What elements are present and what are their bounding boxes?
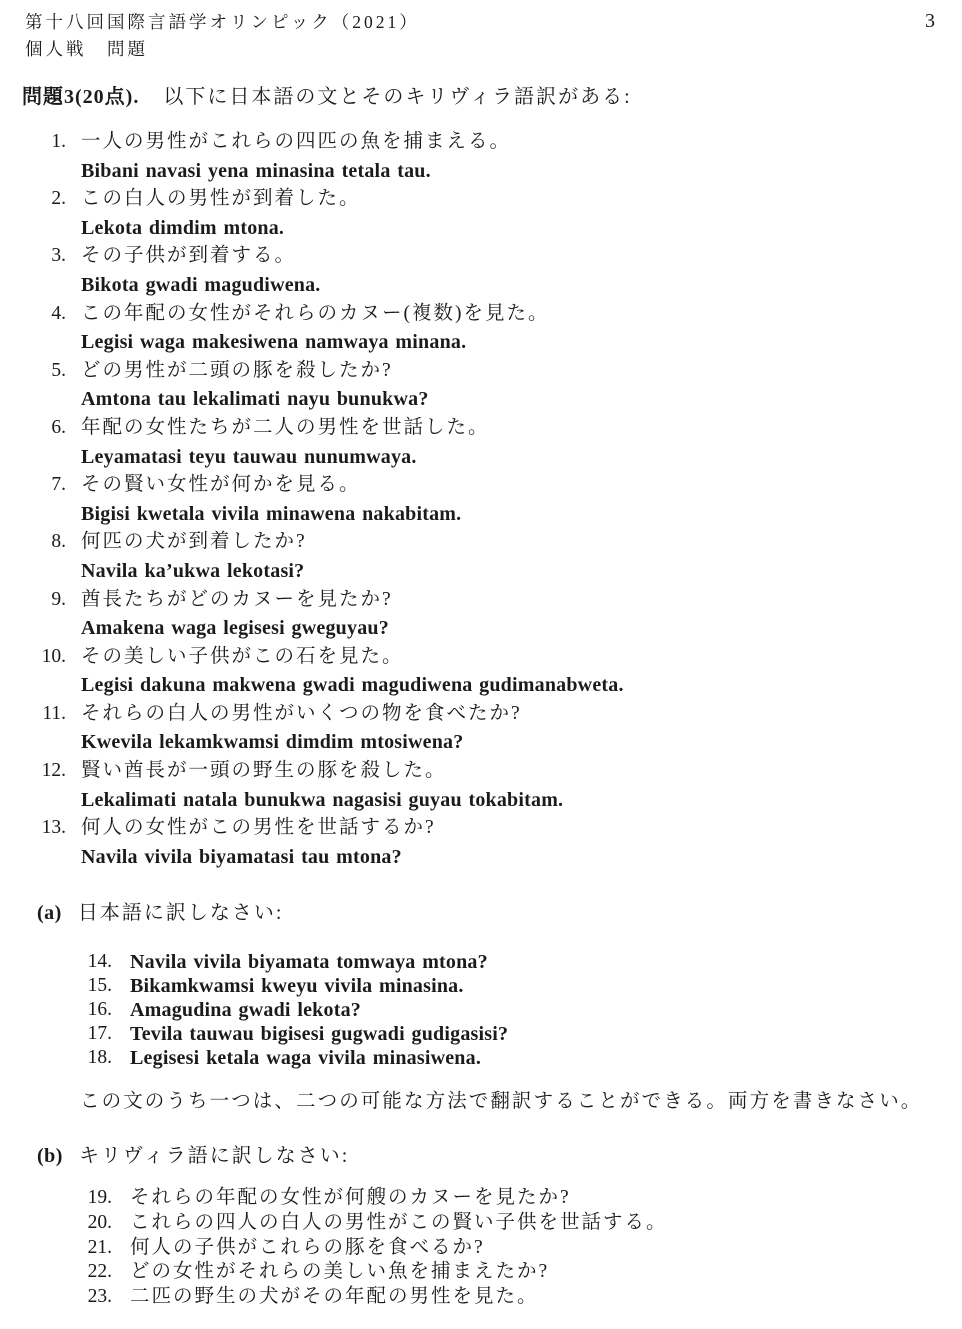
japanese-line: 9.酋長たちがどのカヌーを見たか? (0, 586, 624, 615)
kilivila-line: Amtona tau lekalimati nayu bunukwa? (0, 385, 624, 414)
kilivila-sentence: Tevila tauwau bigisesi gugwadi gudigasis… (130, 1022, 508, 1046)
item-number: 8. (0, 528, 66, 557)
translation-pair: 10.その美しい子供がこの石を見た。Legisi dakuna makwena … (0, 643, 624, 700)
problem-intro-text: 以下に日本語の文とそのキリヴィラ語訳がある: (163, 86, 631, 108)
translation-pairs-list: 1.一人の男性がこれらの四匹の魚を捕まえる。Bibani navasi yena… (0, 128, 624, 871)
item-number: 18. (0, 1046, 112, 1070)
kilivila-sentence: Amtona tau lekalimati nayu bunukwa? (81, 385, 429, 414)
item-number: 23. (0, 1285, 112, 1310)
section-a-item: 18.Legisesi ketala waga vivila minasiwen… (0, 1046, 508, 1070)
section-a-item: 14.Navila vivila biyamata tomwaya mtona? (0, 950, 508, 974)
section-a-item: 15.Bikamkwamsi kweyu vivila minasina. (0, 974, 508, 998)
japanese-sentence: その子供が到着する。 (81, 242, 296, 271)
item-number: 17. (0, 1022, 112, 1046)
problem-number-points: 問題3(20点). (22, 86, 139, 108)
section-b-item: 21.何人の子供がこれらの豚を食べるか? (0, 1236, 668, 1261)
item-number: 1. (0, 128, 66, 157)
page-number: 3 (925, 9, 935, 33)
japanese-sentence: この年配の女性がそれらのカヌー(複数)を見た。 (81, 300, 550, 329)
kilivila-sentence: Kwevila lekamkwamsi dimdim mtosiwena? (81, 728, 463, 757)
section-a-items-list: 14.Navila vivila biyamata tomwaya mtona?… (0, 950, 508, 1070)
item-number: 7. (0, 471, 66, 500)
japanese-sentence: その美しい子供がこの石を見た。 (81, 643, 404, 672)
japanese-line: 13.何人の女性がこの男性を世話するか? (0, 814, 624, 843)
japanese-line: 7.その賢い女性が何かを見る。 (0, 471, 624, 500)
japanese-line: 8.何匹の犬が到着したか? (0, 528, 624, 557)
item-number: 16. (0, 998, 112, 1022)
item-number: 22. (0, 1260, 112, 1285)
japanese-sentence: その賢い女性が何かを見る。 (81, 471, 361, 500)
page-header: 第十八回国際言語学オリンピック（2021） 個人戦 問題 3 (25, 9, 935, 63)
translation-pair: 11.それらの白人の男性がいくつの物を食べたか?Kwevila lekamkwa… (0, 700, 624, 757)
japanese-sentence: 年配の女性たちが二人の男性を世話した。 (81, 414, 490, 443)
kilivila-line: Legisi waga makesiwena namwaya minana. (0, 328, 624, 357)
item-number: 19. (0, 1186, 112, 1211)
kilivila-line: Navila ka’ukwa lekotasi? (0, 557, 624, 586)
japanese-sentence: 二匹の野生の犬がその年配の男性を見た。 (130, 1285, 539, 1310)
japanese-line: 2.この白人の男性が到着した。 (0, 185, 624, 214)
item-number: 14. (0, 950, 112, 974)
translation-pair: 8.何匹の犬が到着したか?Navila ka’ukwa lekotasi? (0, 528, 624, 585)
olympiad-title: 第十八回国際言語学オリンピック（2021） (25, 9, 420, 36)
translation-pair: 7.その賢い女性が何かを見る。Bigisi kwetala vivila min… (0, 471, 624, 528)
item-number: 5. (0, 357, 66, 386)
kilivila-line: Bibani navasi yena minasina tetala tau. (0, 157, 624, 186)
kilivila-sentence: Legisi waga makesiwena namwaya minana. (81, 328, 466, 357)
translation-pair: 13.何人の女性がこの男性を世話するか?Navila vivila biyama… (0, 814, 624, 871)
header-title-block: 第十八回国際言語学オリンピック（2021） 個人戦 問題 (25, 9, 420, 63)
translation-pair: 5.どの男性が二頭の豚を殺したか?Amtona tau lekalimati n… (0, 357, 624, 414)
kilivila-sentence: Bikota gwadi magudiwena. (81, 271, 321, 300)
japanese-line: 5.どの男性が二頭の豚を殺したか? (0, 357, 624, 386)
section-a-item: 17.Tevila tauwau bigisesi gugwadi gudiga… (0, 1022, 508, 1046)
item-number: 12. (0, 757, 66, 786)
translation-pair: 2.この白人の男性が到着した。Lekota dimdim mtona. (0, 185, 624, 242)
item-number: 4. (0, 300, 66, 329)
item-number: 9. (0, 586, 66, 615)
translation-pair: 3.その子供が到着する。Bikota gwadi magudiwena. (0, 242, 624, 299)
japanese-line: 12.賢い酋長が一頭の野生の豚を殺した。 (0, 757, 624, 786)
section-a-item: 16.Amagudina gwadi lekota? (0, 998, 508, 1022)
japanese-sentence: 何人の子供がこれらの豚を食べるか? (130, 1236, 485, 1261)
japanese-sentence: 一人の男性がこれらの四匹の魚を捕まえる。 (81, 128, 511, 157)
kilivila-sentence: Amakena waga legisesi gweguyau? (81, 614, 389, 643)
japanese-line: 10.その美しい子供がこの石を見た。 (0, 643, 624, 672)
section-b-item: 20.これらの四人の白人の男性がこの賢い子供を世話する。 (0, 1211, 668, 1236)
section-b-instruction: キリヴィラ語に訳しなさい: (79, 1145, 349, 1167)
kilivila-line: Kwevila lekamkwamsi dimdim mtosiwena? (0, 728, 624, 757)
japanese-sentence: 何人の女性がこの男性を世話するか? (81, 814, 436, 843)
japanese-line: 11.それらの白人の男性がいくつの物を食べたか? (0, 700, 624, 729)
kilivila-sentence: Lekota dimdim mtona. (81, 214, 284, 243)
item-number: 21. (0, 1236, 112, 1261)
japanese-sentence: 酋長たちがどのカヌーを見たか? (81, 586, 393, 615)
item-number: 13. (0, 814, 66, 843)
translation-pair: 4.この年配の女性がそれらのカヌー(複数)を見た。Legisi waga mak… (0, 300, 624, 357)
item-number: 11. (0, 700, 66, 729)
round-subtitle: 個人戦 問題 (25, 36, 420, 63)
japanese-sentence: この白人の男性が到着した。 (81, 185, 361, 214)
kilivila-sentence: Amagudina gwadi lekota? (130, 998, 361, 1022)
japanese-sentence: それらの年配の女性が何艘のカヌーを見たか? (130, 1186, 571, 1211)
kilivila-sentence: Legisi dakuna makwena gwadi magudiwena g… (81, 671, 624, 700)
section-b-item: 19.それらの年配の女性が何艘のカヌーを見たか? (0, 1186, 668, 1211)
section-b-items-list: 19.それらの年配の女性が何艘のカヌーを見たか?20.これらの四人の白人の男性が… (0, 1186, 668, 1310)
kilivila-line: Lekalimati natala bunukwa nagasisi guyau… (0, 786, 624, 815)
kilivila-sentence: Leyamatasi teyu tauwau nunumwaya. (81, 443, 417, 472)
section-a-heading: (a)日本語に訳しなさい: (37, 896, 283, 925)
kilivila-sentence: Navila vivila biyamatasi tau mtona? (81, 843, 402, 872)
item-number: 3. (0, 242, 66, 271)
kilivila-line: Leyamatasi teyu tauwau nunumwaya. (0, 443, 624, 472)
kilivila-sentence: Bikamkwamsi kweyu vivila minasina. (130, 974, 464, 998)
kilivila-line: Bigisi kwetala vivila minawena nakabitam… (0, 500, 624, 529)
section-b-heading: (b)キリヴィラ語に訳しなさい: (37, 1139, 349, 1168)
item-number: 6. (0, 414, 66, 443)
section-b-item: 23.二匹の野生の犬がその年配の男性を見た。 (0, 1285, 668, 1310)
kilivila-sentence: Lekalimati natala bunukwa nagasisi guyau… (81, 786, 563, 815)
item-number: 2. (0, 185, 66, 214)
kilivila-line: Amakena waga legisesi gweguyau? (0, 614, 624, 643)
section-a-marker: (a) (37, 902, 62, 924)
translation-pair: 9.酋長たちがどのカヌーを見たか?Amakena waga legisesi g… (0, 586, 624, 643)
kilivila-line: Legisi dakuna makwena gwadi magudiwena g… (0, 671, 624, 700)
two-translations-note: この文のうち一つは、二つの可能な方法で翻訳することができる。両方を書きなさい。 (80, 1089, 946, 1115)
section-b-item: 22.どの女性がそれらの美しい魚を捕まえたか? (0, 1260, 668, 1285)
translation-pair: 12.賢い酋長が一頭の野生の豚を殺した。Lekalimati natala bu… (0, 757, 624, 814)
japanese-line: 6.年配の女性たちが二人の男性を世話した。 (0, 414, 624, 443)
japanese-line: 3.その子供が到着する。 (0, 242, 624, 271)
kilivila-sentence: Legisesi ketala waga vivila minasiwena. (130, 1046, 481, 1070)
japanese-sentence: それらの白人の男性がいくつの物を食べたか? (81, 700, 522, 729)
item-number: 20. (0, 1211, 112, 1236)
japanese-sentence: どの男性が二頭の豚を殺したか? (81, 357, 393, 386)
document-page: 第十八回国際言語学オリンピック（2021） 個人戦 問題 3 問題3(20点).… (0, 0, 962, 1329)
kilivila-line: Lekota dimdim mtona. (0, 214, 624, 243)
translation-pair: 6.年配の女性たちが二人の男性を世話した。Leyamatasi teyu tau… (0, 414, 624, 471)
item-number: 15. (0, 974, 112, 998)
kilivila-sentence: Navila ka’ukwa lekotasi? (81, 557, 304, 586)
kilivila-sentence: Navila vivila biyamata tomwaya mtona? (130, 950, 488, 974)
section-b-marker: (b) (37, 1145, 63, 1167)
japanese-sentence: どの女性がそれらの美しい魚を捕まえたか? (130, 1260, 549, 1285)
section-a-instruction: 日本語に訳しなさい: (78, 902, 284, 924)
kilivila-sentence: Bigisi kwetala vivila minawena nakabitam… (81, 500, 461, 529)
kilivila-line: Navila vivila biyamatasi tau mtona? (0, 843, 624, 872)
japanese-line: 4.この年配の女性がそれらのカヌー(複数)を見た。 (0, 300, 624, 329)
japanese-line: 1.一人の男性がこれらの四匹の魚を捕まえる。 (0, 128, 624, 157)
japanese-sentence: これらの四人の白人の男性がこの賢い子供を世話する。 (130, 1211, 668, 1236)
item-number: 10. (0, 643, 66, 672)
translation-pair: 1.一人の男性がこれらの四匹の魚を捕まえる。Bibani navasi yena… (0, 128, 624, 185)
kilivila-sentence: Bibani navasi yena minasina tetala tau. (81, 157, 431, 186)
japanese-sentence: 何匹の犬が到着したか? (81, 528, 307, 557)
japanese-sentence: 賢い酋長が一頭の野生の豚を殺した。 (81, 757, 447, 786)
kilivila-line: Bikota gwadi magudiwena. (0, 271, 624, 300)
problem-title: 問題3(20点).以下に日本語の文とそのキリヴィラ語訳がある: (22, 80, 632, 109)
